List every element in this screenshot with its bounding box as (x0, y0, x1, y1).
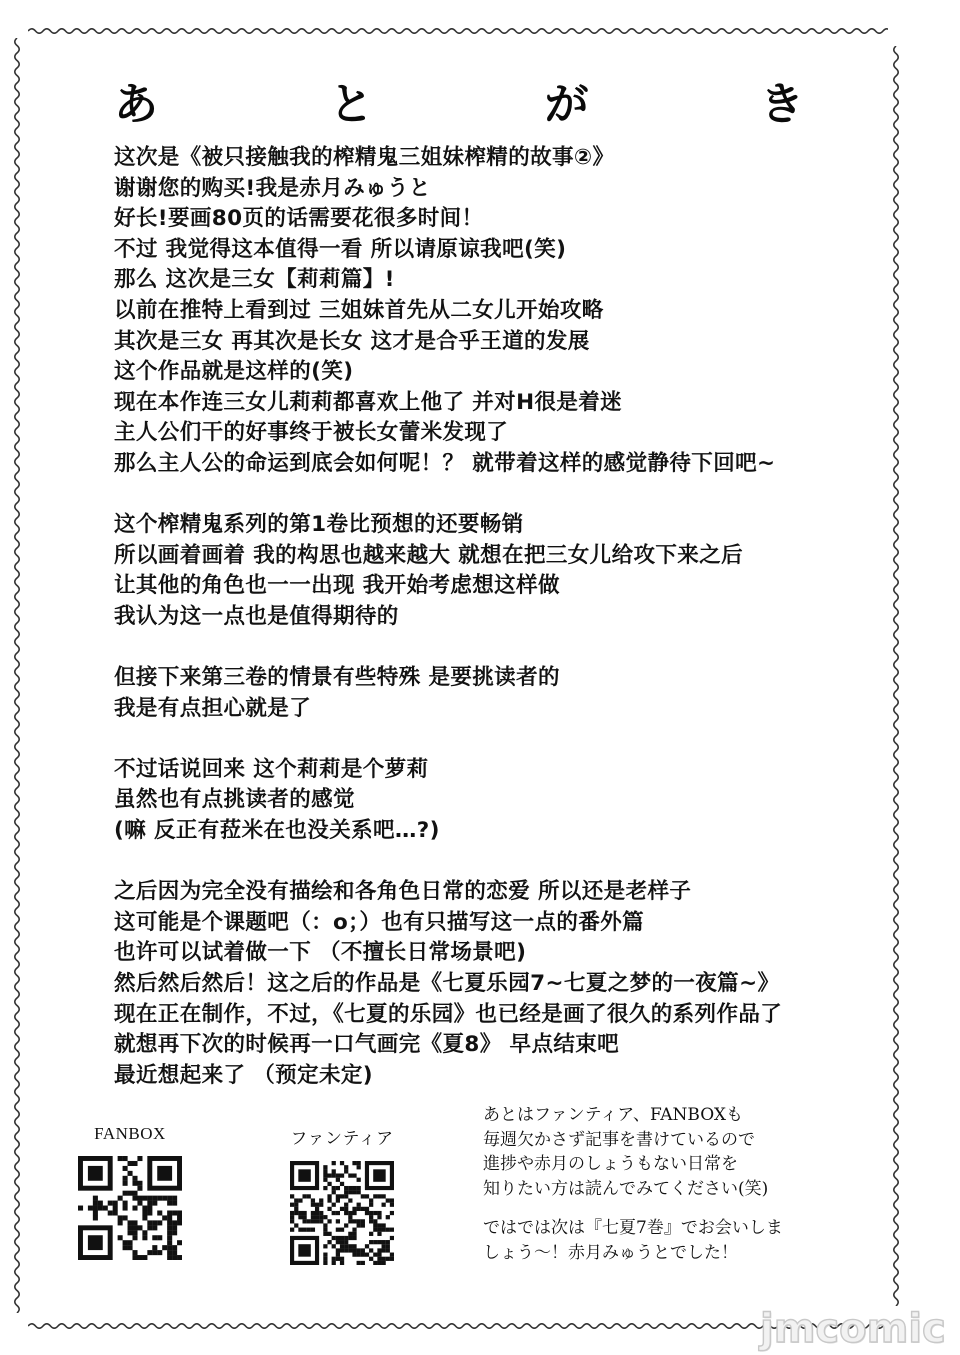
body-line: 这次是《被只接触我的榨精鬼三姐妹榨精的故事②》 (114, 143, 894, 174)
body-line: 主人公们干的好事终于被长女蕾米发现了 (114, 418, 894, 449)
paragraph-gap (114, 724, 894, 755)
qr-code-icon[interactable] (290, 1161, 394, 1265)
wavy-border-bottom (28, 1319, 888, 1333)
body-line: 那么主人公的命运到底会如何呢！？ 就带着这样的感觉静待下回吧~ (114, 449, 894, 480)
body-line: 让其他的角色也一一出现 我开始考虑想这样做 (114, 571, 894, 602)
title-char: き (760, 68, 804, 132)
qr-label-fanbox: FANBOX (68, 1124, 192, 1144)
body-line: 之后因为完全没有描绘和各角色日常的恋爱 所以还是老样子 (114, 877, 894, 908)
body-line: 也许可以试着做一下 （不擅长日常场景吧) (114, 938, 894, 969)
body-line: 谢谢您的购买!我是赤月みゅうと (114, 174, 894, 205)
body-line: 不过 我觉得这本值得一看 所以请原谅我吧(笑) (114, 235, 894, 266)
title-char: あ (114, 68, 158, 132)
body-line: 这可能是个课题吧（：o；）也有只描写这一点的番外篇 (114, 908, 894, 939)
body-line: 但接下来第三卷的情景有些特殊 是要挑读者的 (114, 663, 894, 694)
qr-block-fantia: ファンティア (272, 1124, 412, 1265)
notes-line: あとはファンティア、FANBOXも (483, 1103, 883, 1128)
page-title: あ と が き (114, 70, 804, 130)
body-line: 现在本作连三女儿莉莉都喜欢上他了 并对H很是着迷 (114, 388, 894, 419)
notes-line: 毎週欠かさず記事を書けているので (483, 1128, 883, 1153)
body-line: 以前在推特上看到过 三姐妹首先从二女儿开始攻略 (114, 296, 894, 327)
body-line: 我认为这一点也是值得期待的 (114, 602, 894, 633)
body-line: 这个作品就是这样的(笑) (114, 357, 894, 388)
body-line: 所以画着画着 我的构思也越来越大 就想在把三女儿给攻下来之后 (114, 541, 894, 572)
title-char: と (329, 68, 373, 132)
paragraph-gap (114, 480, 894, 511)
qr-label-fantia: ファンティア (272, 1124, 412, 1149)
body-line: 其次是三女 再其次是长女 这才是合乎王道的发展 (114, 327, 894, 358)
body-line: (嘛 反正有菈米在也没关系吧…?) (114, 816, 894, 847)
afterword-body: 这次是《被只接触我的榨精鬼三姐妹榨精的故事②》谢谢您的购买!我是赤月みゅうと好长… (114, 143, 894, 1091)
wavy-border-top (28, 24, 888, 38)
body-line: 不过话说回来 这个莉莉是个萝莉 (114, 755, 894, 786)
notes-line: 進捗や赤月のしょうもない日常を (483, 1152, 883, 1177)
body-line: 我是有点担心就是了 (114, 694, 894, 725)
body-line: 虽然也有点挑读者的感觉 (114, 785, 894, 816)
qr-block-fanbox: FANBOX (68, 1124, 192, 1260)
body-line: 就想再下次的时候再一口气画完《夏8》 早点结束吧 (114, 1030, 894, 1061)
notes-line: ではでは次は『七夏7巻』でお会いしま (483, 1216, 883, 1241)
notes-line: しょう～！赤月みゅうとでした！ (483, 1241, 883, 1266)
notes-line: 知りたい方は読んでみてください(笑) (483, 1177, 883, 1202)
body-line: 现在正在制作，不过，《七夏的乐园》也已经是画了很久的系列作品了 (114, 1000, 894, 1031)
paragraph-gap (114, 633, 894, 664)
body-line: 那么 这次是三女【莉莉篇】! (114, 265, 894, 296)
paragraph-gap (483, 1201, 883, 1216)
qr-code-icon[interactable] (78, 1156, 182, 1260)
body-line: 最近想起来了 （预定未定) (114, 1061, 894, 1092)
paragraph-gap (114, 847, 894, 878)
watermark: jmcomic (760, 1306, 946, 1352)
body-line: 这个榨精鬼系列的第1卷比预想的还要畅销 (114, 510, 894, 541)
author-notes: あとはファンティア、FANBOXも毎週欠かさず記事を書けているので進捗や赤月のし… (483, 1103, 883, 1265)
body-line: 然后然后然后！这之后的作品是《七夏乐园7~七夏之梦的一夜篇~》 (114, 969, 894, 1000)
wavy-border-left (10, 38, 24, 1313)
title-char: が (545, 68, 589, 132)
body-line: 好长!要画80页的话需要花很多时间！ (114, 204, 894, 235)
